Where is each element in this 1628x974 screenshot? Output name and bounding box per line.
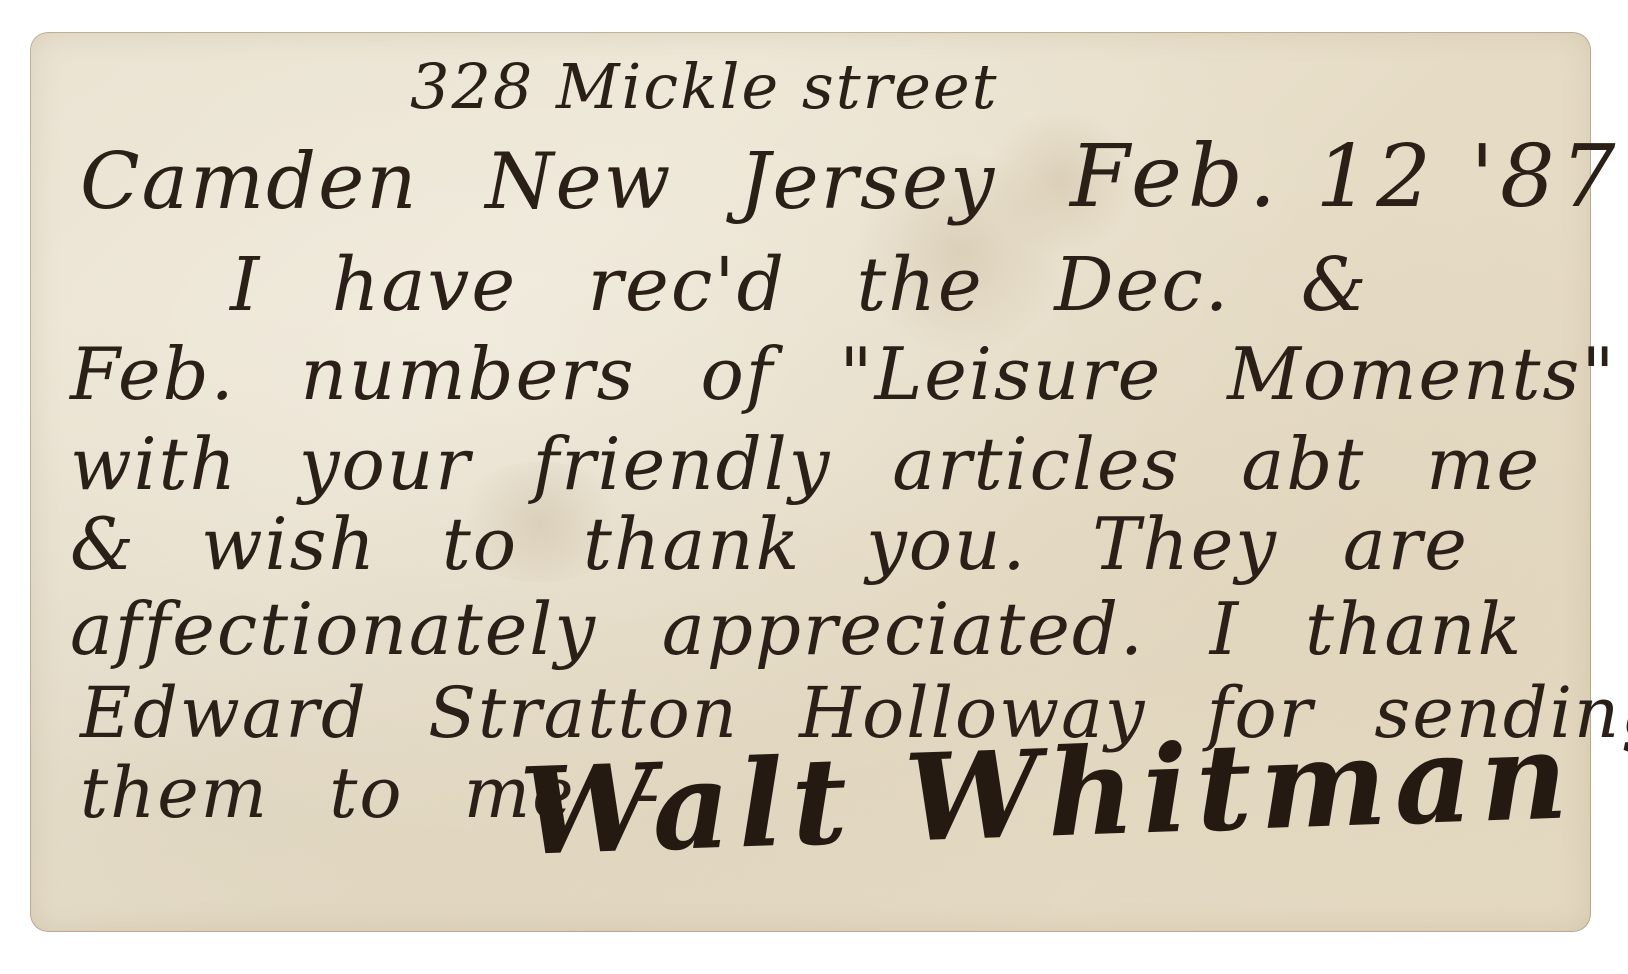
body-line: & wish to thank you. They are xyxy=(70,502,1469,586)
body-line: I have rec'd the Dec. & xyxy=(230,242,1369,328)
postcard: 328 Mickle street Camden New Jersey Feb.… xyxy=(30,32,1591,932)
place-line: Camden New Jersey xyxy=(80,137,996,227)
date-line: Feb. 12 '87 xyxy=(1070,127,1621,227)
body-line: with your friendly articles abt me xyxy=(70,422,1541,506)
body-line: affectionately appreciated. I thank xyxy=(70,587,1523,671)
address-line: 328 Mickle street xyxy=(410,50,999,123)
body-line: Feb. numbers of "Leisure Moments" xyxy=(70,332,1616,416)
